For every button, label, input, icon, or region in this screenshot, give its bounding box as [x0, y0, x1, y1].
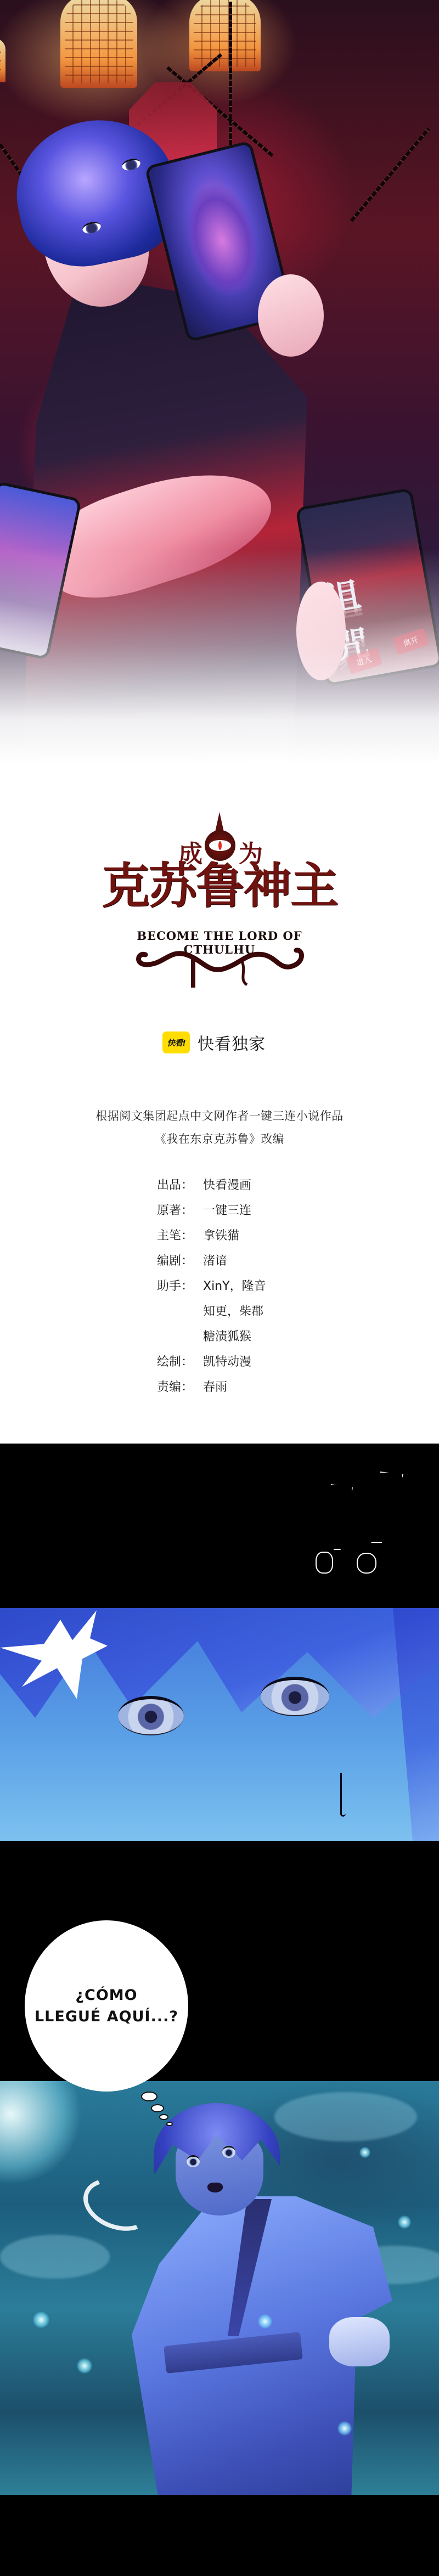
credit-row: 责编：春雨 [157, 1382, 266, 1398]
cover-illustration: 诅咒 进入 离开 [0, 0, 439, 823]
thought-line-2: LLEGUÉ AQUÍ...? [35, 2006, 178, 2027]
credit-row: 助手：XinY，隆音 [157, 1281, 266, 1297]
publisher-row: 快看! 快看独家 [162, 1031, 266, 1053]
spirit-light [258, 2314, 272, 2329]
credit-value: 快看漫画 [203, 1180, 251, 1196]
spirit-light [359, 2147, 370, 2158]
credit-value: 凯特动漫 [203, 1356, 251, 1373]
logo-main-title: 克苏鲁神主 [99, 861, 340, 910]
eye-icon [209, 840, 231, 851]
credit-row: 编剧：渚谙 [157, 1255, 266, 1272]
credit-value: XinY，隆音 [203, 1281, 266, 1297]
stained-glass-window [189, 0, 261, 71]
credits-list: 出品：快看漫画 原著：一键三连 主笔：拿铁猫 编剧：渚谙 助手：XinY，隆音 … [157, 1180, 266, 1398]
logo-eye-orb [205, 830, 235, 861]
stained-glass-window [60, 0, 137, 88]
thought-line-1: ¿CÓMO [35, 1985, 178, 2006]
spirit-light [33, 2312, 49, 2328]
credit-row: 主笔：拿铁猫 [157, 1230, 266, 1247]
credit-label: 原著： [157, 1205, 203, 1221]
credit-value: 拿铁猫 [203, 1230, 239, 1247]
thought-bubble-text: ¿CÓMO LLEGUÉ AQUÍ...? [35, 1985, 178, 2027]
exclusive-label: 快看独家 [198, 1030, 266, 1055]
exclamation-dot-icon [357, 1553, 376, 1574]
credit-label: 助手： [157, 1281, 203, 1297]
hand [258, 274, 324, 357]
motion-swoosh [76, 2169, 160, 2240]
kuaikan-logo-badge: 快看! [162, 1031, 190, 1053]
thought-trail-dot [159, 2114, 168, 2120]
panel-character-night-sky [0, 2081, 439, 2495]
credit-row: 助手：知更，柴郡 [157, 1306, 266, 1322]
hanging-chain [350, 128, 430, 222]
character-mouth [207, 2183, 223, 2192]
stained-glass-window [0, 38, 5, 82]
credit-label: 责编： [157, 1382, 203, 1398]
credit-value: 知更，柴郡 [203, 1306, 263, 1322]
credit-label: 主笔： [157, 1230, 203, 1247]
source-line-1: 根据阅文集团起点中文网作者一键三连小说作品 [0, 1107, 439, 1124]
spirit-light [77, 2358, 92, 2374]
credit-row: 绘制：凯特动漫 [157, 1356, 266, 1373]
title-logo: 成 为 克苏鲁神主 BECOME THE LORD OF CTHULHU [99, 809, 340, 990]
cloud [274, 2092, 417, 2141]
exclamation-dot-icon [316, 1552, 333, 1574]
credit-value: 糖渍狐猴 [203, 1331, 251, 1348]
eye-left [118, 1696, 184, 1735]
character-hand [329, 2317, 390, 2366]
spirit-light [398, 2216, 411, 2229]
spirit-light [337, 2421, 352, 2436]
credit-label: 绘制： [157, 1356, 203, 1373]
source-line-2: 《我在东京克苏鲁》改编 [0, 1130, 439, 1147]
credit-value: 一键三连 [203, 1205, 251, 1221]
credit-value: 春雨 [203, 1382, 227, 1398]
nose-line [340, 1773, 346, 1817]
credit-row: 助手：糖渍狐猴 [157, 1331, 266, 1348]
eye-right [261, 1677, 329, 1716]
cover-fade-overlay [0, 549, 439, 823]
thought-bubble: ¿CÓMO LLEGUÉ AQUÍ...? [25, 1920, 188, 2092]
credit-row: 出品：快看漫画 [157, 1180, 266, 1196]
credit-row: 原著：一键三连 [157, 1205, 266, 1221]
credit-label: 出品： [157, 1180, 203, 1196]
credit-value: 渚谙 [203, 1255, 227, 1272]
thought-trail-dot [141, 2092, 157, 2101]
cloud [0, 2235, 110, 2279]
character-eye [222, 2146, 235, 2158]
thought-trail-dot [151, 2104, 164, 2112]
thought-trail-dot [166, 2122, 173, 2126]
logo-spike [215, 812, 224, 832]
tentacle-ornament [132, 944, 313, 988]
credit-label: 编剧： [157, 1255, 203, 1272]
character-eye [187, 2155, 200, 2167]
